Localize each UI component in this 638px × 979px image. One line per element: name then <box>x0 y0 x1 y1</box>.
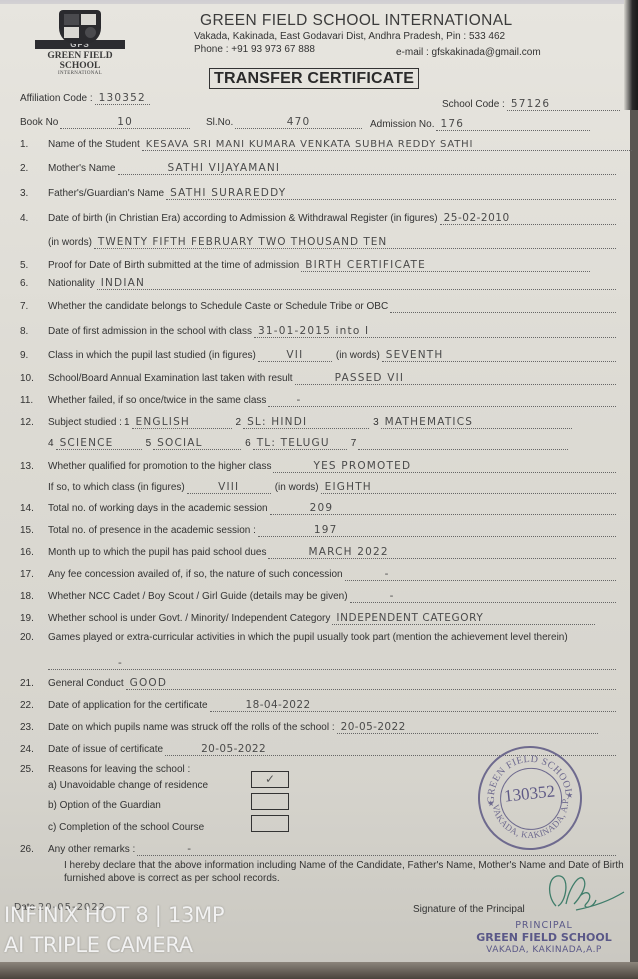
reason-option-b: b) Option of the Guardian <box>48 800 163 811</box>
logo-name: GREEN FIELD SCHOOL <box>30 51 130 71</box>
school-name: GREEN FIELD SCHOOL INTERNATIONAL <box>200 12 513 30</box>
activities-value: - <box>48 657 616 670</box>
item-student-name: 1. Name of the Student KESAVA SRI MANI K… <box>20 138 632 150</box>
item-dues-paid: 16. Month up to which the pupil has paid… <box>20 545 616 558</box>
item-activities: 20. Games played or extra-curricular act… <box>20 632 620 643</box>
dob-figures-value: 25-02-2010 <box>440 212 616 225</box>
school-address: Vakada, Kakinada, East Godavari Dist, An… <box>194 31 505 42</box>
sl-no-value: 470 <box>235 116 362 129</box>
dues-paid-value: MARCH 2022 <box>268 546 616 559</box>
promotion-value: YES PROMOTED <box>273 460 616 473</box>
item-activities-answer: - <box>48 656 616 669</box>
failed-value: - <box>268 394 616 407</box>
item-first-admission: 8. Date of first admission in the school… <box>20 324 616 337</box>
subject-1-value: ENGLISH <box>132 416 232 429</box>
affiliation-code-label: Affiliation Code : <box>20 93 95 104</box>
subject-4-value: SCIENCE <box>56 437 142 450</box>
subject-7-value <box>358 449 568 450</box>
item-ncc: 18. Whether NCC Cadet / Boy Scout / Girl… <box>20 589 616 602</box>
subject-6-value: TL: TELUGU <box>253 437 347 450</box>
last-class-words-value: SEVENTH <box>382 349 616 362</box>
item-subjects: 12. Subject studied : 1 ENGLISH 2 SL: HI… <box>20 415 572 428</box>
logo-subtitle: INTERNATIONAL <box>30 71 130 76</box>
item-dob-proof: 5. Proof for Date of Birth submitted at … <box>20 258 590 271</box>
dob-proof-value: BIRTH CERTIFICATE <box>301 259 590 272</box>
ncc-value: - <box>350 590 616 603</box>
reason-b-checkbox[interactable] <box>251 793 289 810</box>
reason-option-a: a) Unavoidable change of residence <box>48 780 210 791</box>
admission-no-label: Admission No. <box>370 119 436 130</box>
admission-no-value: 176 <box>436 118 590 131</box>
sl-no-row: Sl.No. 470 <box>206 115 362 128</box>
struck-off-date-value: 20-05-2022 <box>337 721 598 734</box>
working-days-value: 209 <box>270 502 616 515</box>
item-last-exam: 10. School/Board Annual Examination last… <box>20 371 616 384</box>
principal-stamp: PRINCIPAL GREEN FIELD SCHOOL VAKADA, KAK… <box>474 920 614 956</box>
item-failed: 11. Whether failed, if so once/twice in … <box>20 393 616 406</box>
photo-bottom-edge <box>0 962 638 979</box>
application-date-value: 18-04-2022 <box>210 699 616 712</box>
item-fee-concession: 17. Any fee concession availed of, if so… <box>20 567 616 580</box>
item-presence: 15. Total no. of presence in the academi… <box>20 523 616 536</box>
item-general-conduct: 21. General Conduct GOOD <box>20 676 616 689</box>
admission-no-row: Admission No. 176 <box>370 117 590 130</box>
first-admission-value: 31-01-2015 into I <box>254 325 616 338</box>
book-no-label: Book No <box>20 117 60 128</box>
dob-words-value: TWENTY FIFTH FEBRUARY TWO THOUSAND TEN <box>94 236 616 249</box>
item-working-days: 14. Total no. of working days in the aca… <box>20 501 616 514</box>
school-email: e-mail : gfskakinada@gmail.com <box>396 47 541 58</box>
affiliation-code-value: 130352 <box>95 92 150 105</box>
student-name-value: KESAVA SRI MANI KUMARA VENKATA SUBHA RED… <box>142 139 632 151</box>
school-seal: GREEN FIELD SCHOOL VAKADA, KAKINADA, A.P… <box>473 741 587 855</box>
crest-icon <box>59 10 101 44</box>
signature-label: Signature of the Principal <box>413 904 525 915</box>
affiliation-code-row: Affiliation Code : 130352 <box>20 91 220 104</box>
fee-concession-value: - <box>345 568 616 581</box>
sl-no-label: Sl.No. <box>206 117 235 128</box>
mother-name-value: SATHI VIJAYAMANI <box>118 162 617 175</box>
school-code-row: School Code : 57126 <box>442 97 620 110</box>
reason-c-checkbox[interactable] <box>251 815 289 832</box>
item-subjects-row-2: 4 SCIENCE 5 SOCIAL 6 TL: TELUGU 7 <box>48 436 568 449</box>
general-conduct-value: GOOD <box>126 677 616 690</box>
school-code-label: School Code : <box>442 99 507 110</box>
item-father-name: 3. Father's/Guardian's Name SATHI SURARE… <box>20 186 616 199</box>
promotion-class-figures-value: VIII <box>187 481 271 494</box>
subject-5-value: SOCIAL <box>153 437 241 450</box>
camera-watermark: INFINIX HOT 8 | 13MP AI TRIPLE CAMERA <box>4 900 224 960</box>
school-phone: Phone : +91 93 973 67 888 <box>194 44 315 55</box>
last-exam-value: PASSED VII <box>295 372 616 385</box>
school-logo: GFS GREEN FIELD SCHOOL INTERNATIONAL <box>30 10 130 72</box>
book-no-row: Book No 10 <box>20 115 190 128</box>
school-code-value: 57126 <box>507 98 620 111</box>
item-date-of-birth: 4. Date of birth (in Christian Era) acco… <box>20 211 616 224</box>
caste-category-value <box>390 312 616 313</box>
reason-a-checkbox[interactable]: ✓ <box>251 771 289 788</box>
item-nationality: 6. Nationality INDIAN <box>20 276 616 289</box>
promotion-class-words-value: EIGHTH <box>321 481 616 494</box>
item-promotion: 13. Whether qualified for promotion to t… <box>20 459 616 472</box>
school-category-value: INDEPENDENT CATEGORY <box>332 612 595 625</box>
item-school-category: 19. Whether school is under Govt. / Mino… <box>20 611 595 624</box>
subject-3-value: MATHEMATICS <box>381 416 572 429</box>
subject-2-value: SL: HINDI <box>243 416 369 429</box>
presence-value: 197 <box>258 524 616 537</box>
document-title: TRANSFER CERTIFICATE <box>209 68 419 89</box>
item-mother-name: 2. Mother's Name SATHI VIJAYAMANI <box>20 161 616 174</box>
nationality-value: INDIAN <box>97 277 616 290</box>
item-promotion-class: If so, to which class (in figures) VIII … <box>48 480 616 493</box>
item-struck-off-date: 23. Date on which pupils name was struck… <box>20 720 598 733</box>
item-application-date: 22. Date of application for the certific… <box>20 698 616 711</box>
item-date-of-birth-words: (in words) TWENTY FIFTH FEBRUARY TWO THO… <box>48 235 616 248</box>
item-last-class: 9. Class in which the pupil last studied… <box>20 348 616 361</box>
book-no-value: 10 <box>60 116 190 129</box>
transfer-certificate-page: GFS GREEN FIELD SCHOOL INTERNATIONAL GRE… <box>0 4 630 964</box>
principal-signature-icon <box>536 866 626 916</box>
photo-edge <box>624 0 638 110</box>
item-caste-category: 7. Whether the candidate belongs to Sche… <box>20 301 616 312</box>
reason-option-c: c) Completion of the school Course <box>48 822 206 833</box>
father-name-value: SATHI SURAREDDY <box>166 187 616 200</box>
last-class-figures-value: VII <box>258 349 332 362</box>
